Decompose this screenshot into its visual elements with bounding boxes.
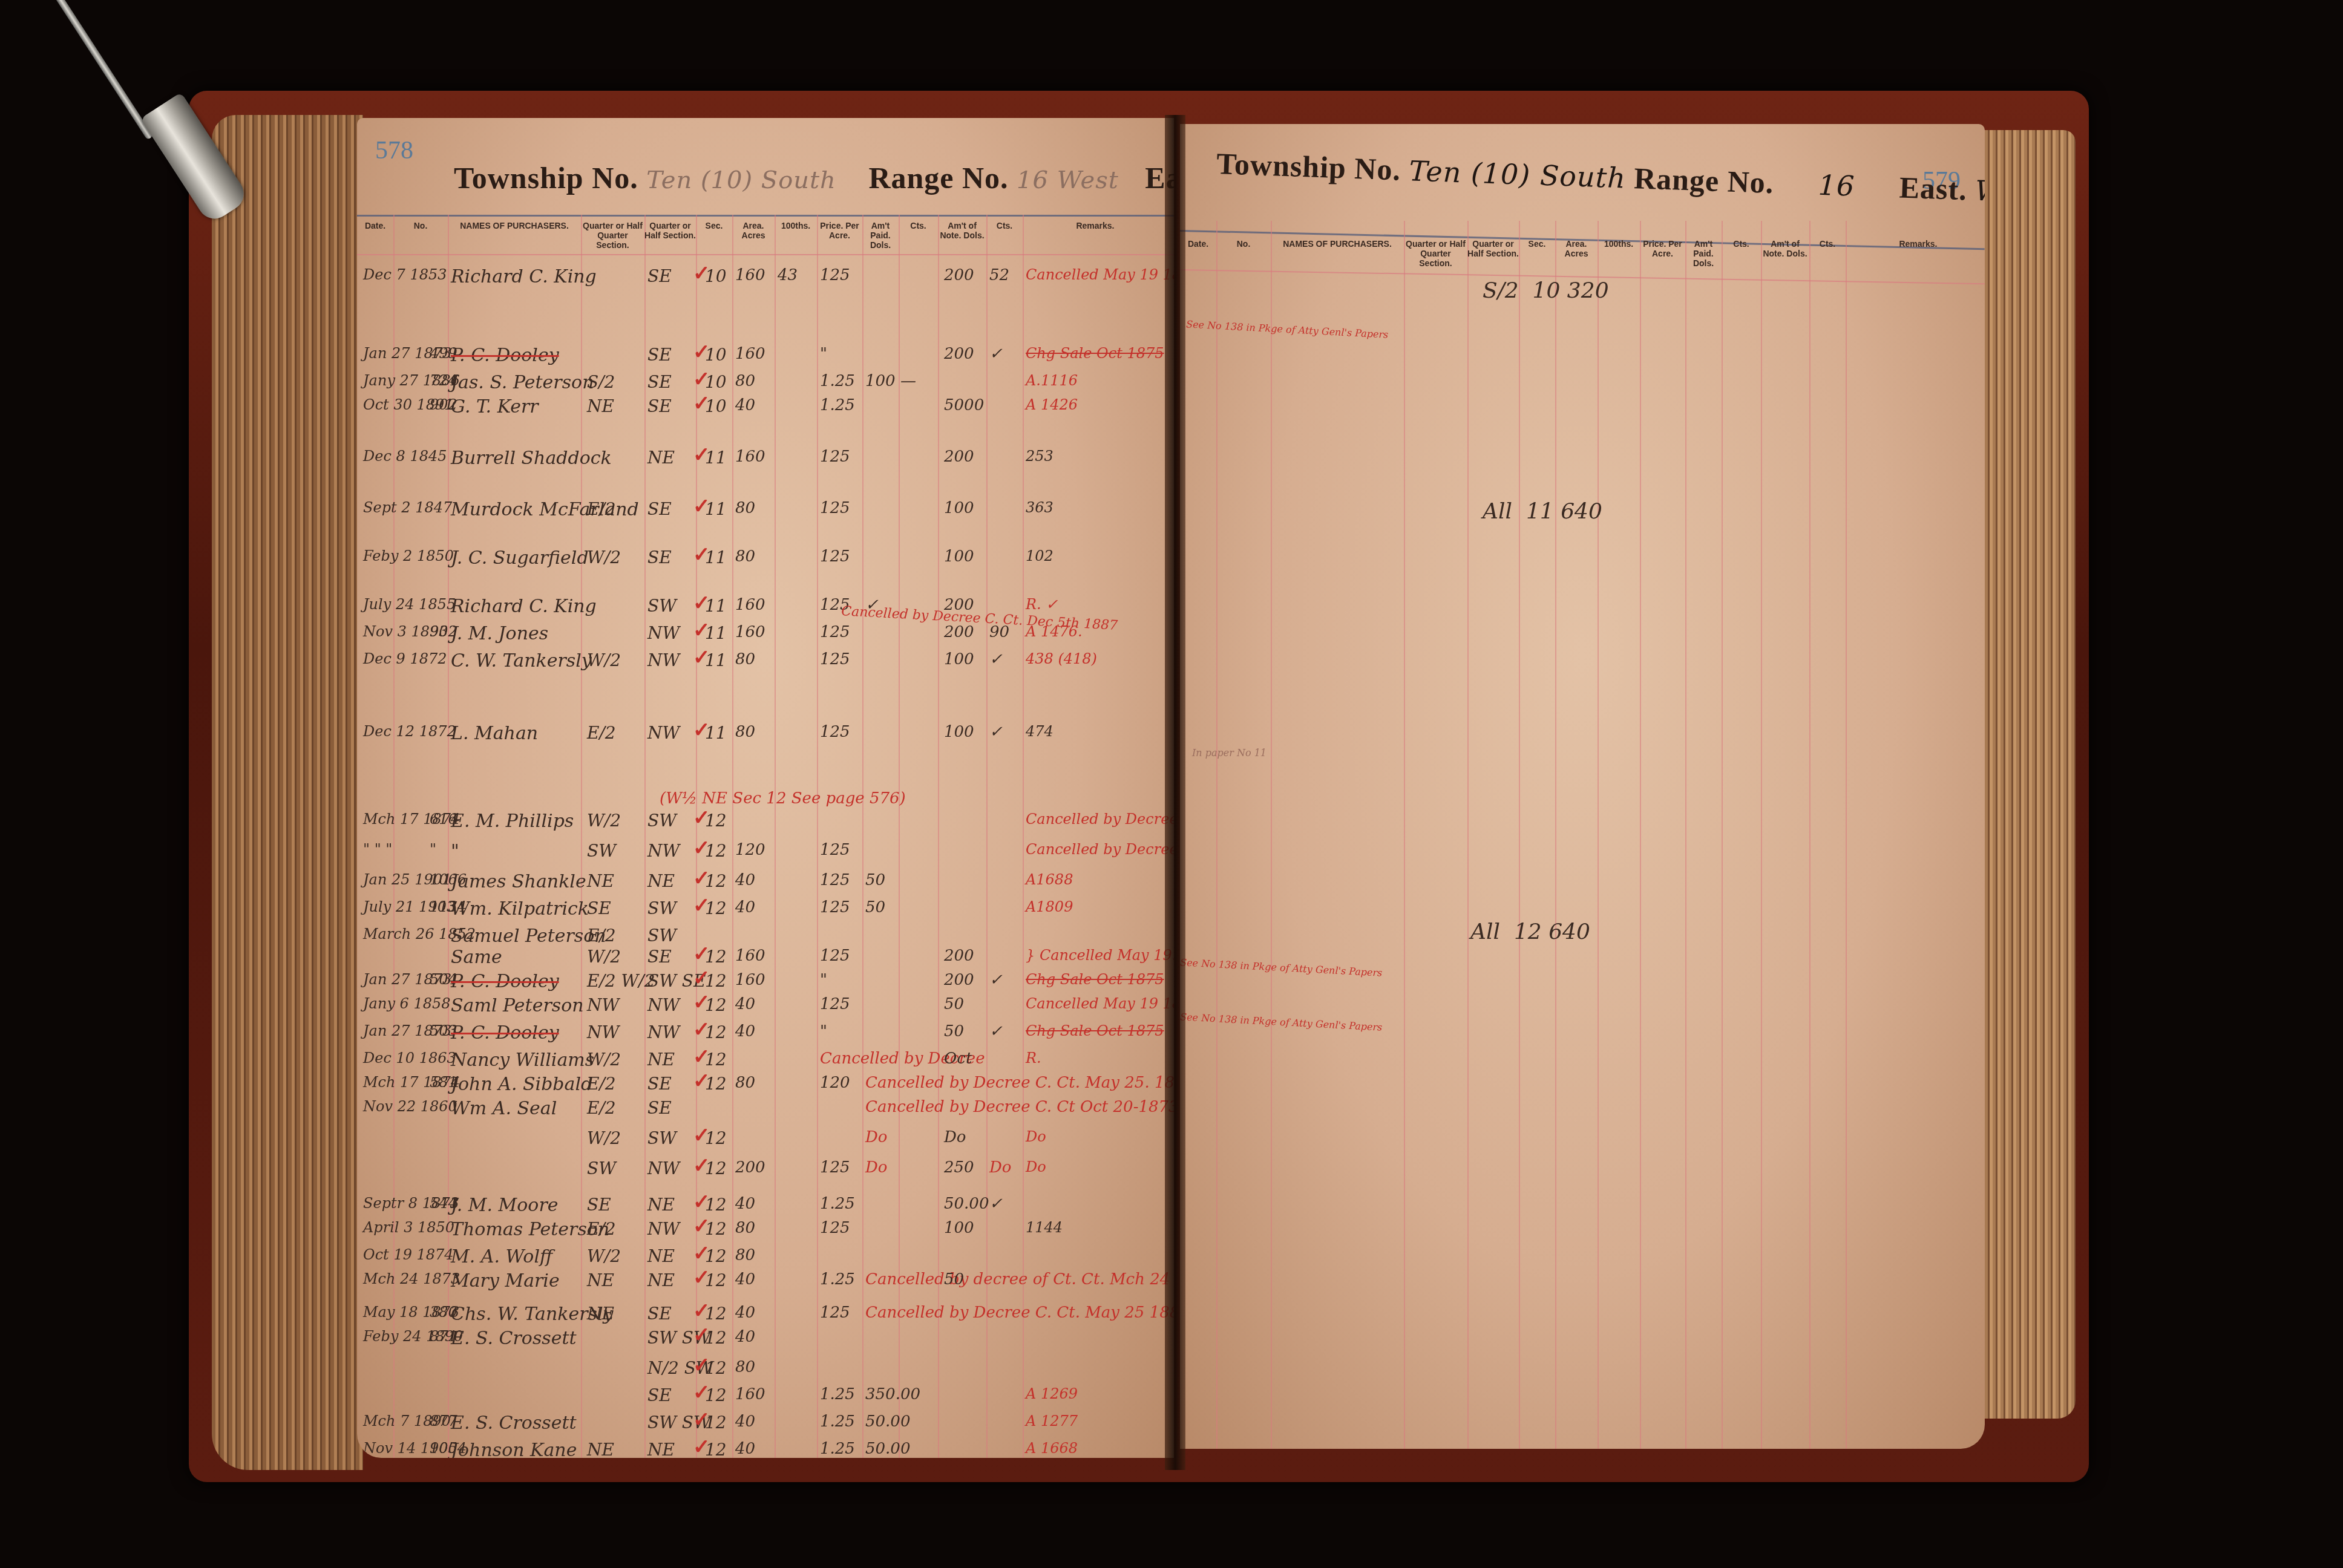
cell-qq: E/2 — [587, 926, 616, 946]
cell-remark: A1688 — [1026, 871, 1073, 888]
cell-name: Jas. S. Peterson — [451, 372, 594, 393]
cell-paid: Cancelled by Decree C. Ct. May 25 1886 — [865, 1304, 1174, 1322]
cell-qq: E/2 — [587, 1098, 616, 1118]
cell-acres: 160 — [735, 448, 765, 466]
ledger-row: Jan 27 1873499P. C. DooleySE10160"200✓Ch… — [357, 345, 1174, 369]
cell-note_d: 5000 — [944, 396, 984, 414]
range-label: Range No. — [868, 161, 1008, 195]
cell-name: Thomas Peterson — [451, 1219, 609, 1240]
cell-date: Feby 2 1850 — [363, 547, 454, 564]
cell-note_d: 100 — [944, 499, 974, 517]
cell-note_c: ✓ — [989, 723, 1003, 741]
cell-note_c: ✓ — [989, 971, 1003, 989]
page-title: Township No. Ten (10) South Range No. 16… — [1216, 146, 1985, 210]
cell-remark: 253 — [1026, 448, 1054, 465]
range-value: 16 — [1818, 169, 1855, 203]
cell-name: Wm A. Seal — [451, 1098, 557, 1119]
cell-name: Richard C. King — [451, 596, 597, 617]
cell-paid: 50.00 — [865, 1413, 910, 1431]
cell-q: NE — [647, 871, 675, 891]
cell-remark: 363 — [1026, 499, 1054, 516]
cell-q: SW — [647, 1128, 677, 1148]
cell-remark: R. ✓ — [1026, 596, 1058, 613]
ledger-row: May 18 1873380Chs. W. TankerslyNESE12401… — [357, 1304, 1174, 1328]
column-header: Quarter or Half Quarter Section. — [1404, 239, 1467, 268]
cell-q: SW — [647, 926, 677, 946]
check-mark-icon: ✓ — [693, 836, 710, 860]
cell-q: NW — [647, 1219, 680, 1239]
cell-price: 125 — [820, 723, 850, 741]
ledger-row: Oct 30 1891902G. T. KerrNESE10401.255000… — [357, 396, 1174, 420]
cell-q: SE — [647, 1074, 672, 1094]
ledger-row: Mch 17 1874581John A. SibbaldE/2SE128012… — [357, 1074, 1174, 1098]
cell-q: SE — [647, 947, 672, 967]
page-holder-rod — [48, 0, 153, 140]
column-header: Date. — [1180, 239, 1216, 249]
cell-price: 1.25 — [820, 1413, 855, 1431]
ledger-row: SWNW12200125Do250DoDo✓ — [357, 1158, 1174, 1183]
cell-q: SE — [647, 266, 672, 286]
cell-price: " — [820, 971, 827, 989]
cell-note_d: 200 — [944, 971, 974, 989]
cell-qq: W/2 — [587, 947, 621, 967]
cell-acres: 40 — [735, 396, 755, 414]
cell-date: Mch 24 1873 — [363, 1270, 460, 1287]
column-header: 100ths. — [1597, 239, 1640, 249]
cell-date: Dec 10 1863 — [363, 1050, 456, 1067]
cell-qq: NW — [587, 995, 619, 1015]
cell-name: Same — [451, 947, 502, 968]
cell-acres: 160 — [735, 266, 765, 284]
cell-note_d: 200 — [944, 266, 974, 284]
column-header: No. — [1216, 239, 1271, 249]
column-rule — [1555, 221, 1556, 1449]
cell-note_c: ✓ — [989, 1195, 1003, 1213]
column-header: Cts. — [1809, 239, 1846, 249]
ledger-row: Mch 24 1873Mary MarieNENE12401.25Cancell… — [357, 1270, 1174, 1295]
cell-name: James Shankle — [451, 871, 586, 892]
column-header: Price. Per Acre. — [1640, 239, 1685, 258]
page-title: Township No. Ten (10) South Range No. 16… — [454, 160, 1174, 195]
cell-note_c: Do — [989, 1158, 1012, 1177]
cell-paid: Do — [865, 1128, 888, 1146]
check-mark-icon: ✓ — [693, 1435, 710, 1458]
cell-q: NW — [647, 995, 680, 1015]
ledger-row: July 21 19031134Wm. KilpatrickSESW124012… — [357, 898, 1174, 923]
ledger-row: Feby 24 1890871E. S. CrossettSW SW1240✓ — [357, 1328, 1174, 1352]
cell-note_c: ✓ — [989, 1022, 1003, 1040]
cell-qq: NE — [587, 1440, 614, 1458]
cell-acres: 80 — [735, 650, 755, 668]
column-header: 100ths. — [775, 221, 817, 230]
cell-price: 1.25 — [820, 1385, 855, 1403]
cell-paid: Cancelled by Decree C. Ct. May 25. 1886 — [865, 1074, 1174, 1092]
cell-qq: W/2 — [587, 547, 621, 567]
column-rule — [1216, 221, 1217, 1449]
cell-qq: NW — [587, 1022, 619, 1042]
column-header: Cts. — [986, 221, 1023, 230]
cell-q: NW — [647, 723, 680, 743]
cell-acres: 160 — [735, 1385, 765, 1403]
ledger-row: Dec 8 1845Burrell ShaddockNE111601252002… — [357, 448, 1174, 472]
cell-qq: S/2 — [587, 372, 615, 392]
cell-price: 125 — [820, 547, 850, 566]
cell-remark: Cancelled by Decree C. Ct. May 7. 1886 — [1026, 811, 1174, 828]
cell-q: NW — [647, 1158, 680, 1178]
cell-name: E. S. Crossett — [451, 1413, 577, 1434]
column-rule — [1685, 221, 1686, 1449]
cell-note_d: 50.00 — [944, 1195, 989, 1213]
cell-note_d: 200 — [944, 448, 974, 466]
cell-note_d: 200 — [944, 947, 974, 965]
check-mark-icon: ✓ — [693, 1214, 710, 1238]
cell-acres: 80 — [735, 372, 755, 390]
cell-name: M. A. Wolff — [451, 1246, 552, 1267]
column-rule — [1467, 221, 1469, 1449]
cell-acres: 40 — [735, 1270, 755, 1289]
cell-acres: 40 — [735, 898, 755, 916]
cell-no: " — [430, 841, 436, 858]
cell-qq: E/2 — [587, 723, 616, 743]
cell-acres: 160 — [735, 596, 765, 614]
cell-note_d: 100 — [944, 547, 974, 566]
cell-note_d: 200 — [944, 623, 974, 641]
red-note: See No 138 in Pkge of Atty Genl's Papers — [1180, 956, 1383, 978]
ledger-row: Jan 27 1873504P. C. DooleyE/2 W/2SW SE12… — [357, 971, 1174, 995]
cell-note_d: 250 — [944, 1158, 974, 1177]
book-gutter — [1165, 115, 1185, 1470]
cell-qq: W/2 — [587, 650, 621, 670]
cell-remark: 102 — [1026, 547, 1054, 564]
check-mark-icon: ✓ — [693, 367, 710, 391]
cell-remark: } Cancelled May 19. 1873 — [1026, 947, 1174, 964]
cell-name: Wm. Kilpatrick — [451, 898, 589, 920]
cell-name: J. M. Moore — [451, 1195, 559, 1216]
range-value: 16 West — [1017, 166, 1119, 194]
cell-remark: Cancelled May 19 1873 — [1026, 266, 1174, 283]
check-mark-icon: ✓ — [693, 1353, 710, 1377]
cell-date: July 24 1855 — [363, 596, 456, 613]
check-mark-icon: ✓ — [693, 1380, 710, 1405]
cell-price: 125 — [820, 1304, 850, 1322]
column-rule — [1597, 221, 1599, 1449]
cell-q: SE — [647, 547, 672, 567]
cell-q: NW — [647, 623, 680, 643]
cell-name: John A. Sibbald — [451, 1074, 592, 1095]
cell-qq: E/2 — [587, 499, 616, 519]
cell-note_d: Do — [944, 1128, 966, 1146]
cell-price: 1.25 — [820, 372, 855, 390]
cell-price: 125 — [820, 1158, 850, 1177]
entry-sec-11: All 11 640 — [1483, 499, 1602, 524]
cell-note_d: 200 — [944, 345, 974, 363]
cell-acres: 120 — [735, 841, 765, 859]
cell-name: Nancy Williams — [451, 1050, 594, 1071]
cell-date: Dec 9 1872 — [363, 650, 447, 667]
cell-price: 1.25 — [820, 1440, 855, 1458]
ledger-row: Dec 9 1872C. W. TankerslyW/2NW1180125100… — [357, 650, 1174, 675]
faint-note: In paper No 11 — [1192, 747, 1267, 759]
cell-name: P. C. Dooley — [451, 1022, 559, 1044]
cell-paid: 50.00 — [865, 1440, 910, 1458]
cell-q: NE — [647, 1246, 675, 1266]
range-label: Range No. — [1633, 161, 1774, 200]
cell-remark: 474 — [1026, 723, 1054, 740]
cell-qq: NE — [587, 1304, 614, 1324]
cell-name: E. S. Crossett — [451, 1328, 577, 1349]
cell-name: Burrell Shaddock — [451, 448, 612, 469]
ledger-row: Nov 22 1860Wm A. SealE/2SECancelled by D… — [357, 1098, 1174, 1122]
column-rule — [1809, 221, 1810, 1449]
cell-remark: Chg Sale Oct 1875 — [1026, 1022, 1164, 1039]
cell-date: Dec 7 1853 — [363, 266, 447, 283]
cell-name: " — [451, 841, 459, 862]
cell-price: 1.25 — [820, 1270, 855, 1289]
ledger-row: SameW/2SE12160125200} Cancelled May 19. … — [357, 947, 1174, 971]
cell-acres: 160 — [735, 345, 765, 363]
cell-qq: SE — [587, 1195, 611, 1215]
column-header: NAMES OF PURCHASERS. — [1271, 239, 1404, 249]
cell-date: Jany 6 1858 — [363, 995, 451, 1012]
column-header: Cts. — [899, 221, 938, 230]
check-mark-icon: ✓ — [693, 806, 710, 830]
cell-date: Nov 22 1860 — [363, 1098, 457, 1115]
cell-acres: 40 — [735, 1304, 755, 1322]
cell-paid: 50 — [865, 898, 885, 916]
column-rule — [1761, 221, 1762, 1449]
ledger-row: Mch 17 1874616E. M. PhillipsW/2SW12Cance… — [357, 811, 1174, 835]
cell-name: J. C. Sugarfield — [451, 547, 589, 569]
cell-qq: NE — [587, 871, 614, 891]
column-header: Quarter or Half Section. — [644, 221, 696, 240]
ledger-row: March 26 1852Samuel PetersonE/2SW — [357, 926, 1174, 950]
column-header: Area. Acres — [1555, 239, 1597, 258]
ledger-row: Jan 27 1873503P. C. DooleyNWNW1240"50✓Ch… — [357, 1022, 1174, 1047]
cell-price: 125 — [820, 623, 850, 641]
cell-qq: W/2 — [587, 1128, 621, 1148]
cell-remark: Cancelled by Decree C. Ct. May 7. 1886 — [1026, 841, 1174, 858]
cell-q: NE — [647, 448, 675, 468]
right-page-stack — [1985, 130, 2076, 1419]
township-value: Ten (10) South — [646, 166, 836, 194]
cell-remark: Do — [1026, 1128, 1046, 1145]
cell-price: 1.25 — [820, 1195, 855, 1213]
cell-paid: Do — [865, 1158, 888, 1177]
cell-paid: Cancelled by Decree C. Ct Oct 20-1873 — [865, 1098, 1174, 1116]
cell-acres: 160 — [735, 623, 765, 641]
cell-q: NE — [647, 1270, 675, 1290]
cell-q: NE — [647, 1195, 675, 1215]
cell-acres: 40 — [735, 1413, 755, 1431]
check-mark-icon: ✓ — [693, 1323, 710, 1347]
cell-price: 125 — [820, 448, 850, 466]
check-mark-icon: ✓ — [693, 966, 710, 990]
township-label: Township No. — [454, 161, 638, 195]
header-rule — [357, 215, 1174, 217]
township-label: Township No. — [1216, 146, 1401, 187]
ledger-row: Dec 12 1872L. MahanE/2NW1180125100✓474✓ — [357, 723, 1174, 747]
cell-name: P. C. Dooley — [451, 345, 559, 366]
cell-q: SW — [647, 596, 677, 616]
column-header: Price. Per Acre. — [817, 221, 862, 240]
cell-qq: SE — [587, 898, 611, 918]
check-mark-icon: ✓ — [693, 990, 710, 1014]
column-header: Quarter or Half Section. — [1467, 239, 1519, 258]
cell-acres: 40 — [735, 995, 755, 1013]
cell-note_d: 50 — [944, 1270, 964, 1289]
cell-qq: E/2 — [587, 1219, 616, 1239]
check-mark-icon: ✓ — [693, 1408, 710, 1432]
cell-price: 125 — [820, 499, 850, 517]
ledger-row: Dec 7 1853Richard C. KingSE1016043125200… — [357, 266, 1174, 290]
cell-price: 125 — [820, 650, 850, 668]
cell-hund: 43 — [778, 266, 798, 284]
header-rule-red — [357, 254, 1174, 255]
check-mark-icon: ✓ — [693, 1266, 710, 1290]
cell-acres: 80 — [735, 1358, 755, 1376]
column-header: Am't Paid. Dols. — [1685, 239, 1722, 268]
cell-note_d: 100 — [944, 650, 974, 668]
check-mark-icon: ✓ — [693, 591, 710, 615]
cell-qq: SW — [587, 1158, 616, 1178]
check-mark-icon: ✓ — [693, 261, 710, 286]
ledger-row: April 3 1850Thomas PetersonE/2NW12801251… — [357, 1219, 1174, 1243]
cell-qq: SW — [587, 841, 616, 861]
cell-price: 125 — [820, 947, 850, 965]
check-mark-icon: ✓ — [693, 1190, 710, 1214]
entry-sec-12: All 12 640 — [1470, 920, 1590, 944]
cell-note_c: ✓ — [989, 345, 1003, 363]
cell-price: 125 — [820, 898, 850, 916]
check-mark-icon: ✓ — [693, 718, 710, 742]
column-header: Am't of Note. Dols. — [938, 221, 986, 240]
cell-price: 125 — [820, 1219, 850, 1237]
ledger-row: Mch 7 1890877E. S. CrossettSW SW12401.25… — [357, 1413, 1174, 1437]
column-header: Remarks. — [1846, 239, 1985, 249]
cell-price: 125 — [820, 266, 850, 284]
cell-acres: 80 — [735, 723, 755, 741]
cell-note_c: 52 — [989, 266, 1009, 284]
cell-acres: 40 — [735, 1022, 755, 1040]
cell-paid: 350.00 — [865, 1385, 920, 1403]
cell-note_c: ✓ — [989, 650, 1003, 668]
cell-note_d: 100 — [944, 723, 974, 741]
column-rule — [1519, 221, 1520, 1449]
cell-name: Mary Marie — [451, 1270, 560, 1292]
ledger-row: N/2 SW1280✓ — [357, 1358, 1174, 1382]
ledger-row: Sept 2 1847Murdock McFarlandE/2SE1180125… — [357, 499, 1174, 523]
cell-remark: 1144 — [1026, 1219, 1063, 1236]
cell-remark: A 1277 — [1026, 1413, 1078, 1429]
see-page-annotation: (W½ NE Sec 12 See page 576) — [660, 789, 906, 808]
column-header: NAMES OF PURCHASERS. — [448, 221, 581, 230]
cell-remark: A1809 — [1026, 898, 1073, 915]
ledger-row: " " """SWNW12120125Cancelled by Decree C… — [357, 841, 1174, 865]
cell-acres: 80 — [735, 1074, 755, 1092]
cell-q: NW — [647, 841, 680, 861]
cell-acres: 40 — [735, 1328, 755, 1346]
cell-q: SE — [647, 1304, 672, 1324]
cell-q: SE — [647, 1385, 672, 1405]
cell-price: 120 — [820, 1074, 850, 1092]
direction-value: West — [1974, 174, 1985, 209]
cell-qq: W/2 — [587, 1246, 621, 1266]
cell-acres: 160 — [735, 971, 765, 989]
cell-acres: 200 — [735, 1158, 765, 1177]
column-header: Date. — [357, 221, 393, 230]
check-mark-icon: ✓ — [693, 340, 710, 364]
cell-name: C. W. Tankersly — [451, 650, 592, 671]
cell-qq: NE — [587, 396, 614, 416]
cell-name: P. C. Dooley — [451, 971, 559, 992]
cell-price: 1.25 — [820, 396, 855, 414]
cell-paid: 100 — — [865, 372, 916, 390]
check-mark-icon: ✓ — [693, 1018, 710, 1042]
right-page: 579 Township No. Ten (10) South Range No… — [1180, 124, 1985, 1449]
cell-name: Samuel Peterson — [451, 926, 606, 947]
column-header: No. — [393, 221, 448, 230]
column-rule — [1846, 221, 1847, 1449]
ledger-row: Dec 10 1863Nancy WilliamsW/2NE12Cancelle… — [357, 1050, 1174, 1074]
ledger-row: Jany 6 1858Saml PetersonNWNW124012550Can… — [357, 995, 1174, 1019]
column-header: Area. Acres — [732, 221, 775, 240]
cell-acres: 40 — [735, 1440, 755, 1458]
cell-q: SE — [647, 1098, 672, 1118]
cell-date: Dec 8 1845 — [363, 448, 447, 465]
ledger-row: Jany 27 1886724Jas. S. PetersonS/2SE1080… — [357, 372, 1174, 396]
cell-price: 125 — [820, 871, 850, 889]
check-mark-icon: ✓ — [693, 1069, 710, 1093]
cell-q: SE — [647, 372, 672, 392]
check-mark-icon: ✓ — [693, 893, 710, 918]
check-mark-icon: ✓ — [693, 1045, 710, 1069]
check-mark-icon: ✓ — [693, 866, 710, 890]
cell-note_d: Oct — [944, 1050, 972, 1068]
cell-acres: 40 — [735, 1195, 755, 1213]
cell-note_d: 100 — [944, 1219, 974, 1237]
cell-acres: 80 — [735, 499, 755, 517]
column-header: Remarks. — [1023, 221, 1168, 230]
ledger-row: Feby 2 1850J. C. SugarfieldW/2SE11801251… — [357, 547, 1174, 572]
cell-name: L. Mahan — [451, 723, 538, 744]
cell-remark: A 1668 — [1026, 1440, 1078, 1457]
cell-name: J. M. Jones — [451, 623, 548, 644]
column-header: Sec. — [1519, 239, 1555, 249]
cell-qq: W/2 — [587, 1050, 621, 1070]
ledger-row: Jan 25 19011066James ShankleNENE12401255… — [357, 871, 1174, 895]
ledger-row: Septr 8 1873544J. M. MooreSENE12401.2550… — [357, 1195, 1174, 1219]
check-mark-icon: ✓ — [693, 391, 710, 416]
cell-q: SW — [647, 898, 677, 918]
cell-remark: Do — [1026, 1158, 1046, 1175]
cell-qq: NE — [587, 1270, 614, 1290]
cell-date: Oct 19 1874 — [363, 1246, 454, 1263]
check-mark-icon: ✓ — [693, 543, 710, 567]
column-rule — [1640, 221, 1641, 1449]
cell-q: SE — [647, 396, 672, 416]
check-mark-icon: ✓ — [693, 942, 710, 966]
cell-note_d: 50 — [944, 1022, 964, 1040]
township-value: Ten (10) South — [1408, 154, 1626, 194]
column-header: Am't Paid. Dols. — [862, 221, 899, 250]
cell-remark: A 1426 — [1026, 396, 1078, 413]
cell-remark: A 1269 — [1026, 1385, 1078, 1402]
cell-name: G. T. Kerr — [451, 396, 539, 417]
red-note: See No 138 in Pkge of Atty Genl's Papers — [1180, 1011, 1383, 1033]
cell-date: April 3 1850 — [363, 1219, 454, 1236]
ledger-row: Nov 14 19001054Johnson KaneNENE12401.255… — [357, 1440, 1174, 1458]
cell-q: NW — [647, 650, 680, 670]
